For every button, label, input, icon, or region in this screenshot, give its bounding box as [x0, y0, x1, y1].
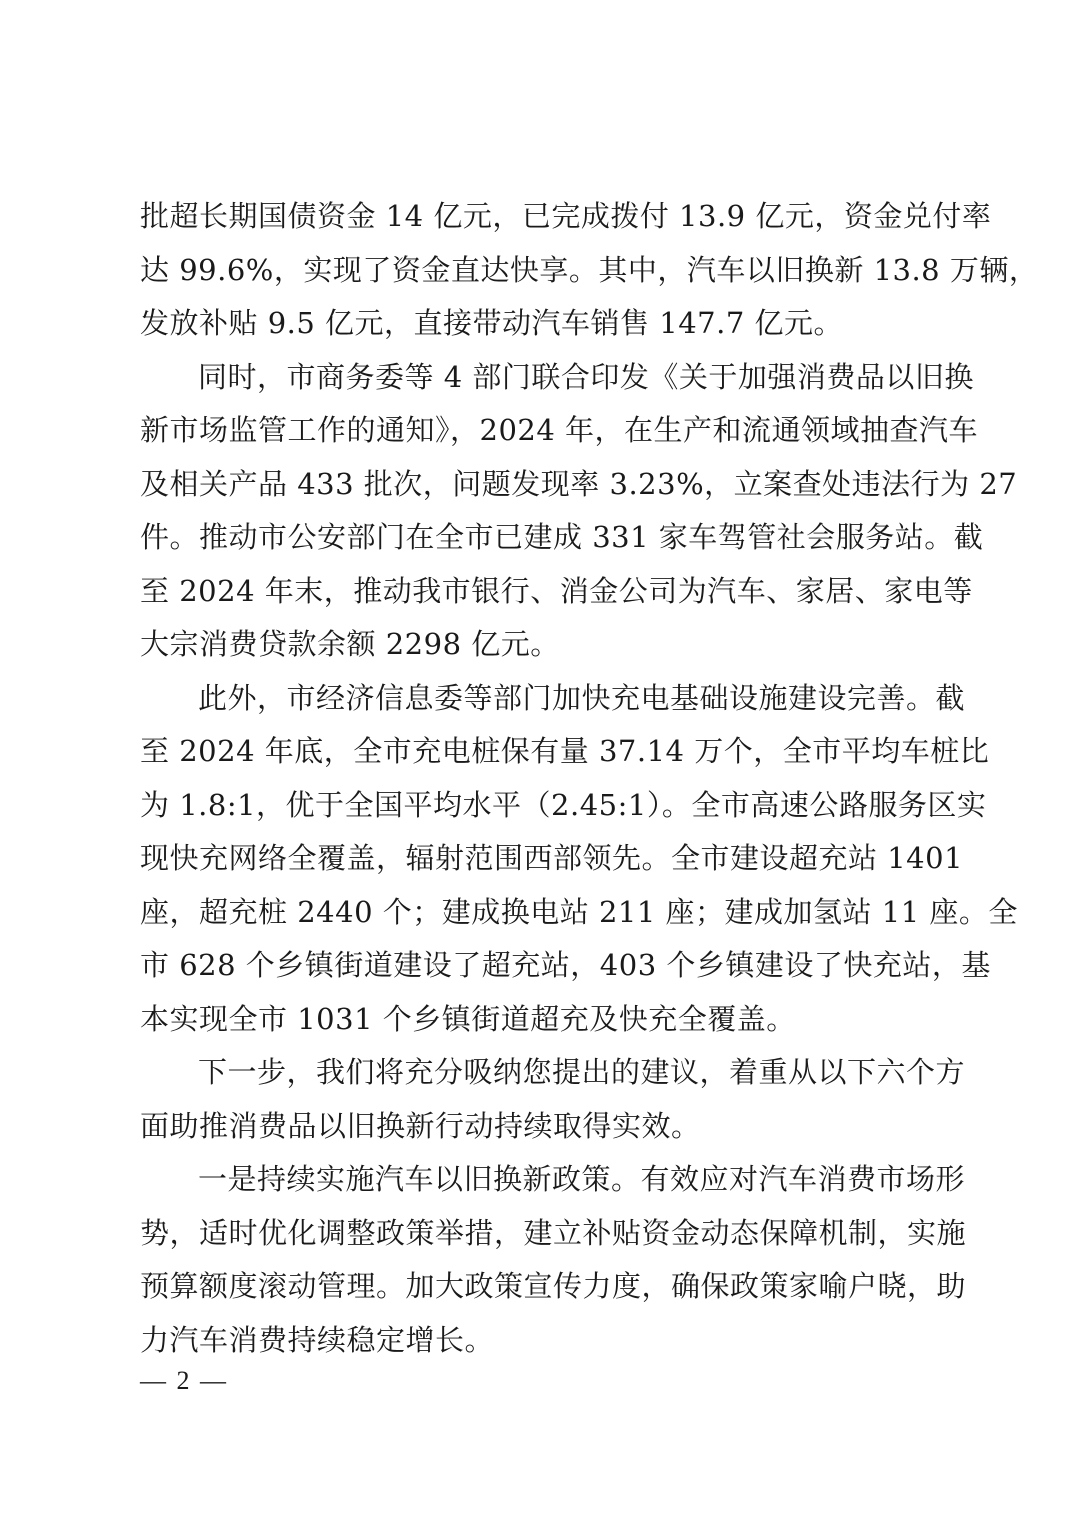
text-line: 发放补贴 9.5 亿元，直接带动汽车销售 147.7 亿元。 [140, 297, 940, 351]
text-line: 及相关产品 433 批次，问题发现率 3.23%，立案查处违法行为 27 [140, 458, 940, 512]
text-line: 此外，市经济信息委等部门加快充电基础设施建设完善。截 [140, 672, 940, 726]
document-body: 批超长期国债资金 14 亿元，已完成拨付 13.9 亿元，资金兑付率 达 99.… [140, 190, 940, 1367]
text-line: 力汽车消费持续稳定增长。 [140, 1314, 940, 1368]
text-line: 为 1.8:1，优于全国平均水平（2.45:1）。全市高速公路服务区实 [140, 779, 940, 833]
text-line: 一是持续实施汽车以旧换新政策。有效应对汽车消费市场形 [140, 1153, 940, 1207]
text-line: 同时，市商务委等 4 部门联合印发《关于加强消费品以旧换 [140, 351, 940, 405]
text-line: 本实现全市 1031 个乡镇街道超充及快充全覆盖。 [140, 993, 940, 1047]
text-line: 至 2024 年末，推动我市银行、消金公司为汽车、家居、家电等 [140, 565, 940, 619]
document-page: 批超长期国债资金 14 亿元，已完成拨付 13.9 亿元，资金兑付率 达 99.… [0, 0, 1074, 1520]
text-line: 达 99.6%，实现了资金直达快享。其中，汽车以旧换新 13.8 万辆， [140, 244, 940, 298]
text-line: 现快充网络全覆盖，辐射范围西部领先。全市建设超充站 1401 [140, 832, 940, 886]
text-line: 新市场监管工作的通知》，2024 年，在生产和流通领域抽查汽车 [140, 404, 940, 458]
text-line: 批超长期国债资金 14 亿元，已完成拨付 13.9 亿元，资金兑付率 [140, 190, 940, 244]
text-line: 面助推消费品以旧换新行动持续取得实效。 [140, 1100, 940, 1154]
text-line: 市 628 个乡镇街道建设了超充站，403 个乡镇建设了快充站，基 [140, 939, 940, 993]
page-number: — 2 — [140, 1366, 228, 1396]
text-line: 大宗消费贷款余额 2298 亿元。 [140, 618, 940, 672]
text-line: 至 2024 年底，全市充电桩保有量 37.14 万个，全市平均车桩比 [140, 725, 940, 779]
text-line: 件。推动市公安部门在全市已建成 331 家车驾管社会服务站。截 [140, 511, 940, 565]
text-line: 座，超充桩 2440 个；建成换电站 211 座；建成加氢站 11 座。全 [140, 886, 940, 940]
text-line: 预算额度滚动管理。加大政策宣传力度，确保政策家喻户晓，助 [140, 1260, 940, 1314]
text-line: 下一步，我们将充分吸纳您提出的建议，着重从以下六个方 [140, 1046, 940, 1100]
text-line: 势，适时优化调整政策举措，建立补贴资金动态保障机制，实施 [140, 1207, 940, 1261]
